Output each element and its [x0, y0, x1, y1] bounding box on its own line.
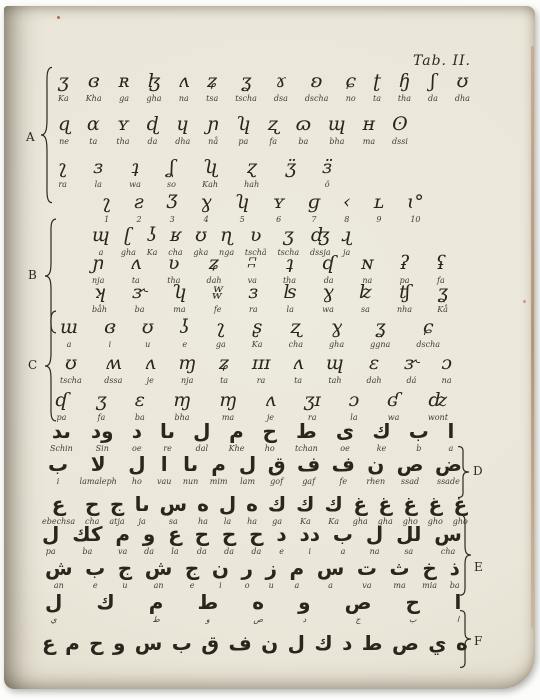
transliteration-label: wa: [322, 305, 334, 315]
glyph-cell: ɔna: [441, 352, 452, 386]
glyph-row: ɯaɞiʊuʖeʅgaʂKaʐchaɣghaʓggnaɕdscha: [60, 316, 440, 350]
glyph-row: ʠpaʒfaɛbaɱbhaɱmaʌjeʒɪraɔlaʛwaʣwont: [55, 389, 448, 423]
glyph-cell: جu: [118, 556, 132, 591]
script-glyph: ʌ: [130, 252, 141, 275]
transliteration-label: so: [167, 180, 176, 190]
script-glyph: ɜ: [93, 156, 103, 179]
script-glyph: ʈ: [373, 70, 381, 93]
glyph-cell: ʈta: [373, 70, 381, 104]
transliteration-label: ج: [355, 615, 360, 625]
script-glyph: ɴ: [361, 252, 373, 275]
transliteration-label: dha: [175, 137, 190, 147]
glyph-cell: ɯa: [60, 316, 78, 350]
glyph-cell: ʧnha: [397, 281, 412, 315]
script-glyph: ʞ: [94, 281, 106, 304]
glyph-row: ىدSchinودSinدoeىاreلdalمKheحhoطtchanىoeك…: [50, 419, 455, 454]
transliteration-label: bha: [329, 137, 344, 147]
glyph-cell: ʓKå: [437, 281, 448, 315]
script-glyph: ʖ: [147, 224, 157, 247]
glyph-cell: ɛdah: [367, 352, 382, 386]
script-glyph: د: [342, 631, 352, 655]
glyph-cell: حب: [406, 590, 420, 625]
glyph-cell: لdal: [193, 419, 210, 454]
transliteration-label: båh: [92, 305, 107, 315]
glyph-cell: ɞKha: [86, 70, 102, 104]
transliteration-label: fa: [269, 137, 277, 147]
glyph-cell: ɩ°10: [407, 191, 424, 225]
script-glyph: ʗ: [124, 224, 132, 247]
glyph-cell: ʛwa: [387, 389, 400, 423]
glyph-cell: م: [65, 631, 80, 666]
transliteration-label: tsa: [206, 94, 218, 104]
script-glyph: ب: [409, 419, 429, 443]
script-glyph: ع: [42, 631, 56, 655]
script-glyph: و: [143, 522, 155, 546]
glyph-cell: ɪɪɪra: [252, 352, 270, 386]
glyph-cell: وda: [143, 522, 155, 557]
script-glyph: د: [276, 522, 286, 546]
glyph-cell: ود: [298, 590, 310, 625]
glyph-cell: و: [113, 631, 125, 666]
script-glyph: ɞ: [88, 70, 100, 93]
script-glyph: ل: [366, 522, 383, 546]
transliteration-label: nun: [183, 477, 198, 487]
glyph-cell: ɱnja: [178, 352, 196, 386]
glyph-cell: ɲnå: [207, 113, 219, 147]
script-glyph: ʛ: [387, 389, 400, 412]
transliteration-label: dssi: [392, 137, 408, 147]
glyph-cell: ɀhah: [244, 156, 259, 190]
script-glyph: ʓ: [437, 281, 448, 304]
glyph-cell: ƨ2: [134, 191, 144, 225]
glyph-cell: ʒKa: [58, 70, 69, 104]
glyph-cell: حho: [263, 419, 277, 454]
script-glyph: غ: [353, 492, 367, 516]
glyph-cell: ʓtscha: [235, 70, 257, 104]
transliteration-label: gof: [270, 477, 283, 487]
glyph-cell: صssad: [397, 452, 424, 487]
glyph-cell: د: [342, 631, 352, 666]
script-glyph: ɻ: [341, 224, 351, 247]
script-glyph: ʌ: [179, 70, 190, 93]
glyph-cell: فgaf: [297, 452, 320, 487]
glyph-cell: هص: [252, 590, 264, 625]
glyph-cell: ʊu: [142, 316, 154, 350]
script-glyph: ل: [128, 452, 145, 476]
glyph-cell: ىاre: [160, 419, 175, 454]
glyph-cell: مKhe: [229, 419, 245, 454]
glyph-cell: ن: [261, 631, 278, 666]
transliteration-label: rhen: [366, 477, 385, 487]
script-glyph: ب: [85, 556, 105, 580]
script-glyph: ʆ: [168, 156, 174, 179]
script-glyph: ɕ: [345, 70, 356, 93]
glyph-cell: فfe: [332, 452, 355, 487]
glyph-cell: ʃda: [428, 70, 438, 104]
script-glyph: ود: [91, 419, 114, 443]
transliteration-label: ggna: [370, 340, 390, 350]
glyph-cell: ɣwa: [322, 281, 334, 315]
script-glyph: كك: [72, 522, 102, 546]
glyph-cell: ɤdsa: [274, 70, 288, 104]
transliteration-label: sa: [361, 305, 370, 315]
script-glyph: ن: [261, 631, 278, 655]
script-glyph: ʇ: [286, 252, 294, 275]
script-glyph: ن: [367, 452, 384, 476]
script-glyph: ل: [42, 522, 59, 546]
glyph-cell: طو: [197, 590, 218, 625]
script-glyph: ىا: [135, 492, 150, 516]
glyph-cell: ʌje: [265, 389, 276, 423]
section-label-b: B: [28, 268, 37, 282]
transliteration-label: da: [428, 94, 438, 104]
transliteration-label: ص: [253, 615, 263, 625]
script-glyph: ʊ: [65, 352, 77, 375]
transliteration-label: a: [67, 340, 72, 350]
script-glyph: دد: [300, 522, 321, 546]
transliteration-label: ط: [152, 615, 159, 625]
transliteration-label: gha: [329, 340, 344, 350]
glyph-cell: ɷba: [296, 113, 312, 147]
transliteration-label: fe: [214, 305, 222, 315]
glyph-cell: ʊtscha: [60, 352, 82, 386]
script-glyph: ɰ: [92, 224, 110, 247]
glyph-cell: بa: [333, 522, 353, 557]
transliteration-label: dá: [406, 376, 416, 386]
script-glyph: ɔ: [441, 352, 452, 375]
script-glyph: ʬ: [212, 281, 223, 304]
glyph-cell: ʒ̈: [285, 156, 296, 190]
glyph-row: ʞbåhɝbaʮmaʬfeɜraʪlaɣwaʫsaʧnhaʓKå: [92, 281, 448, 315]
section-label-e: E: [474, 560, 483, 574]
glyph-cell: ʏtha: [116, 113, 129, 147]
transliteration-label: ho: [132, 477, 142, 487]
script-glyph: ط: [197, 590, 218, 614]
script-glyph: غ: [428, 492, 442, 516]
script-glyph: ɜ: [249, 281, 259, 304]
glyph-cell: مط: [149, 590, 164, 625]
script-glyph: ك: [372, 419, 390, 443]
glyph-cell: ʅ1: [102, 191, 111, 225]
glyph-cell: ك: [314, 631, 332, 666]
script-glyph: ك: [324, 492, 342, 516]
glyph-cell: ʜma: [363, 113, 376, 147]
script-glyph: ه: [246, 492, 258, 516]
transliteration-label: nå: [208, 137, 218, 147]
glyph-cell: ɜra: [249, 281, 259, 315]
glyph-cell: ʮ5: [235, 191, 250, 225]
glyph-cell: ɱbha: [173, 389, 191, 423]
glyph-cell: ʇwa: [129, 156, 141, 190]
script-glyph: ʒɪ: [304, 389, 321, 412]
glyph-cell: ʂKa: [252, 316, 263, 350]
transliteration-label: cha: [289, 340, 303, 350]
script-glyph: ط: [362, 631, 383, 655]
script-glyph: ل: [239, 452, 256, 476]
glyph-cell: ɱma: [219, 389, 237, 423]
glyph-cell: ʅga: [216, 316, 226, 350]
glyph-row: لpaككbaمvaوdaعlaحdaحdaحdaدeددiبaلnaللsaس…: [42, 522, 462, 557]
script-glyph: غ: [378, 492, 392, 516]
script-glyph: م: [229, 419, 244, 443]
script-glyph: ل: [193, 419, 210, 443]
glyph-cell: ʏ6: [272, 191, 284, 225]
transliteration-label: pa: [238, 137, 248, 147]
script-glyph: ل: [288, 631, 305, 655]
transliteration-label: ö: [325, 180, 330, 190]
script-glyph: ʂ: [252, 316, 262, 339]
glyph-cell: ʀga: [119, 70, 130, 104]
script-glyph: ش: [45, 556, 73, 580]
glyph-cell: ودSin: [91, 419, 114, 454]
transliteration-label: la: [95, 180, 102, 190]
script-glyph: ɯ: [60, 316, 78, 339]
transliteration-label: ba: [135, 305, 145, 315]
transliteration-label: lamaleph: [80, 477, 117, 487]
transliteration-label: na: [179, 94, 189, 104]
glyph-cell: ɖda: [146, 113, 158, 147]
transliteration-label: ra: [249, 305, 258, 315]
plate-title: Tab. II.: [413, 53, 471, 69]
script-glyph: ع: [168, 522, 182, 546]
glyph-cell: ɕno: [345, 70, 356, 104]
script-glyph: ك: [268, 492, 286, 516]
transliteration-label: tscha: [60, 376, 82, 386]
glyph-cell: بb: [409, 419, 429, 454]
script-glyph: ʋ: [168, 252, 180, 275]
transliteration-label: ب: [409, 615, 417, 625]
glyph-cell: لlam: [239, 452, 256, 487]
bracket-e: [458, 514, 472, 596]
transliteration-label: da: [147, 137, 157, 147]
script-glyph: ʏ: [117, 113, 129, 136]
script-glyph: ا: [161, 452, 168, 476]
glyph-cell: ددi: [300, 522, 321, 557]
glyph-row: شanبeجuشanجeنiرoزuمaسaتvaثmaخmiaذba: [45, 556, 460, 591]
script-glyph: ج: [110, 492, 124, 516]
glyph-cell: ʯKah: [202, 156, 218, 190]
glyph-cell: ɰtah: [326, 352, 344, 386]
glyph-cell: ككba: [72, 522, 102, 557]
script-glyph: ʋ: [250, 224, 262, 247]
script-glyph: م: [65, 631, 80, 655]
script-glyph: ʊ: [142, 316, 154, 339]
script-glyph: ʓ: [375, 316, 386, 339]
script-glyph: س: [135, 631, 163, 655]
glyph-cell: ʍdssa: [104, 352, 122, 386]
transliteration-label: ga: [216, 340, 226, 350]
glyph-cell: ʑtsa: [206, 70, 218, 104]
script-glyph: ʐ: [268, 113, 279, 136]
script-glyph: ʘ: [392, 113, 408, 136]
glyph-cell: ɰbha: [328, 113, 346, 147]
glyph-cell: ɝdá: [404, 352, 419, 386]
glyph-cell: للsa: [396, 522, 421, 557]
glyph-cell: لna: [366, 522, 383, 557]
glyph-cell: ɡ7: [308, 191, 320, 225]
transliteration-label: ta: [220, 376, 228, 386]
glyph-cell: ع: [42, 631, 56, 666]
glyph-row: ʊtschaʍdssaʌjeɱnjaʑtaɪɪɪraʌtaɰtahɛdahɝdá…: [60, 352, 452, 386]
script-glyph: ɝ: [132, 281, 147, 304]
glyph-cell: ʞbåh: [92, 281, 107, 315]
script-glyph: ʒ̈: [285, 156, 296, 179]
script-glyph: ɛ: [369, 352, 379, 375]
glyph-cell: ح: [89, 631, 103, 666]
glyph-cell: ʚdscha: [305, 70, 329, 104]
script-glyph: م: [290, 556, 305, 580]
glyph-cell: مva: [115, 522, 130, 557]
glyph-row: ɋneɑtaʏthaɖdaɥdhaɲnåʮpaʐfaɷbaɰbhaʜmaʘdss…: [58, 113, 408, 147]
script-glyph: ʧ: [399, 281, 410, 304]
glyph-row: ʅ1ƨ2Ʒ3ɣ4ʮ5ʏ6ɡ7‹8ʟ9ɩ°10: [102, 191, 424, 225]
glyph-cell: ʅra: [58, 156, 67, 190]
transliteration-label: vau: [157, 477, 171, 487]
script-glyph: ʌ: [145, 352, 156, 375]
script-glyph: ح: [249, 522, 263, 546]
script-glyph: ɳ: [220, 224, 233, 247]
transliteration-label: dscha: [416, 340, 440, 350]
glyph-cell: ʌje: [145, 352, 156, 386]
glyph-cell: ف: [229, 631, 252, 666]
glyph-cell: كke: [372, 419, 390, 454]
script-glyph: ʁ: [170, 224, 181, 247]
script-glyph: ʌ: [293, 352, 304, 375]
script-glyph: ɀ: [247, 156, 257, 179]
script-glyph: ɰ: [328, 113, 346, 136]
script-glyph: ʀ: [119, 70, 130, 93]
glyph-cell: شan: [145, 556, 173, 591]
glyph-cell: اvau: [157, 452, 171, 487]
script-glyph: ɥ: [177, 113, 189, 136]
script-glyph: ɖ: [146, 113, 158, 136]
glyph-cell: ط: [362, 631, 383, 666]
script-glyph: ɩ°: [407, 191, 424, 214]
glyph-cell: عla: [168, 522, 182, 557]
script-glyph: ʅ: [102, 191, 111, 214]
script-glyph: ت: [357, 556, 377, 580]
script-glyph: ن: [212, 556, 229, 580]
glyph-cell: ‹8: [343, 191, 351, 225]
script-glyph: ʟ: [374, 191, 384, 214]
glyph-cell: ɑta: [87, 113, 100, 147]
transliteration-label: lam: [240, 477, 255, 487]
transliteration-label: mim: [210, 477, 228, 487]
script-glyph: ىد: [52, 419, 71, 443]
transliteration-label: tscha: [235, 94, 257, 104]
glyph-cell: ق: [201, 631, 219, 666]
glyph-cell: ʮma: [172, 281, 187, 315]
glyph-cell: دe: [276, 522, 286, 557]
script-glyph: م: [115, 522, 130, 546]
transliteration-label: hah: [244, 180, 259, 190]
glyph-cell: ʖe: [180, 316, 190, 350]
glyph-row: ʅraɜlaʇwaʆsoʯKahɀhahʒ̈ɜ̈ö: [58, 156, 332, 190]
script-glyph: ك: [296, 492, 314, 516]
script-glyph: ص: [397, 452, 424, 476]
transliteration-label: wa: [129, 180, 141, 190]
script-glyph: ق: [268, 452, 286, 476]
script-glyph: ش: [145, 556, 173, 580]
transliteration-label: ma: [363, 137, 375, 147]
section-label-d: D: [473, 464, 483, 478]
script-glyph: ا: [447, 419, 454, 443]
script-glyph: ɧ: [398, 70, 410, 93]
script-glyph: ʮ: [235, 191, 250, 214]
script-glyph: ɷ: [296, 113, 312, 136]
script-glyph: ʖ: [180, 316, 190, 339]
script-glyph: ɝ: [404, 352, 419, 375]
script-glyph: ʢ: [436, 252, 446, 275]
script-glyph: ʅ: [216, 316, 225, 339]
script-glyph: غ: [453, 492, 467, 516]
script-glyph: س: [160, 492, 188, 516]
script-glyph: ل: [219, 492, 236, 516]
script-glyph: ف: [332, 452, 355, 476]
glyph-cell: مmim: [210, 452, 228, 487]
glyph-cell: ʣwont: [428, 389, 448, 423]
script-glyph: ح: [85, 492, 99, 516]
glyph-cell: ʐfa: [268, 113, 279, 147]
script-glyph: ʊ: [456, 70, 468, 93]
glyph-cell: رo: [241, 556, 253, 591]
script-glyph: ɜ̈: [322, 156, 332, 179]
script-glyph: ز: [265, 556, 277, 580]
glyph-cell: ىoe: [336, 419, 354, 454]
transliteration-label: fe: [339, 477, 347, 487]
transliteration-label: i: [57, 477, 60, 487]
script-glyph: ع: [52, 492, 66, 516]
script-glyph: ʮ: [172, 281, 187, 304]
script-glyph: ح: [222, 522, 236, 546]
script-glyph: ʊ: [195, 224, 207, 247]
transliteration-label: ma: [173, 305, 185, 315]
transliteration-label: tha: [116, 137, 129, 147]
glyph-cell: ل: [288, 631, 305, 666]
glyph-cell: حda: [222, 522, 236, 557]
glyph-cell: دoe: [132, 419, 142, 454]
transliteration-label: 10: [410, 215, 420, 225]
glyph-cell: طtchan: [295, 419, 318, 454]
script-glyph: ʡ: [400, 252, 410, 275]
script-glyph: ɕ: [423, 316, 434, 339]
transliteration-label: Kha: [86, 94, 102, 104]
script-glyph: ɣ: [331, 316, 342, 339]
bracket-a: [40, 66, 54, 204]
script-glyph: ʌ: [265, 389, 276, 412]
transliteration-label: u: [145, 340, 150, 350]
glyph-cell: ɮgha: [147, 70, 162, 104]
script-glyph: ب: [48, 452, 68, 476]
script-glyph: ɣ: [322, 281, 333, 304]
script-glyph: ص: [345, 590, 372, 614]
section-label-f: F: [474, 634, 482, 648]
script-glyph: ʭ: [248, 252, 256, 275]
script-glyph: ʠ: [322, 252, 335, 275]
transliteration-label: nja: [181, 376, 193, 386]
glyph-cell: ɋne: [58, 113, 70, 147]
script-glyph: ى: [336, 419, 354, 443]
section-label-c: C: [28, 358, 37, 372]
transliteration-label: tah: [328, 376, 341, 386]
script-glyph: ح: [195, 522, 209, 546]
script-glyph: ي: [428, 631, 446, 655]
glyph-cell: قgof: [268, 452, 286, 487]
glyph-cell: ʓggna: [370, 316, 390, 350]
glyph-cell: ɜla: [93, 156, 103, 190]
script-glyph: ف: [297, 452, 320, 476]
glyph-row: ليكمططوهصودصجحباا: [45, 590, 462, 625]
